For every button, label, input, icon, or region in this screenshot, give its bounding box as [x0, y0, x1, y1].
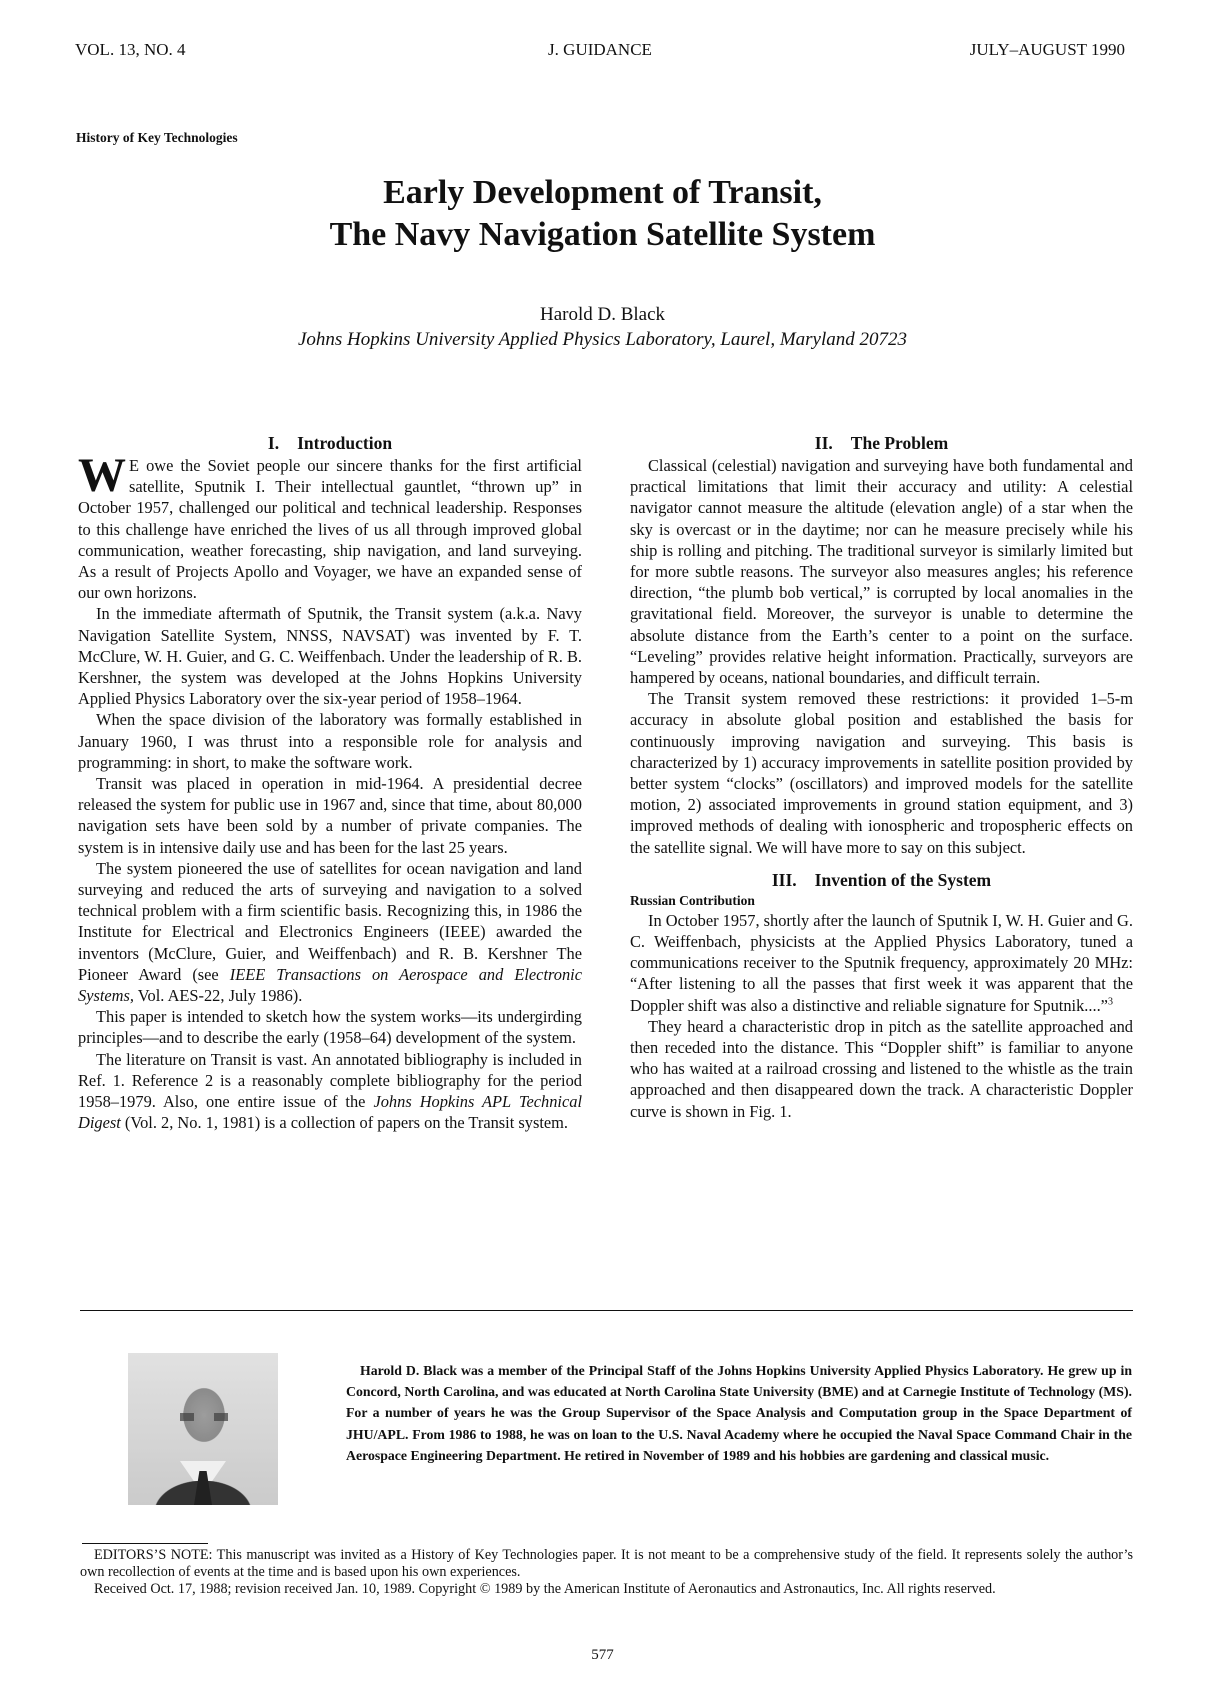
running-head: VOL. 13, NO. 4 J. GUIDANCE JULY–AUGUST 1… [75, 40, 1125, 64]
page-number: 577 [0, 1647, 1205, 1664]
section-tag: History of Key Technologies [76, 130, 238, 146]
footnote-rule [82, 1543, 208, 1544]
section-heading-introduction: I.Introduction [78, 432, 582, 454]
paragraph: The system pioneered the use of satellit… [78, 858, 582, 1006]
horizontal-rule [80, 1310, 1133, 1311]
section-title: The Problem [851, 433, 948, 453]
paragraph: WE owe the Soviet people our sincere tha… [78, 455, 582, 603]
left-column: I.Introduction WE owe the Soviet people … [78, 432, 582, 1134]
author-name: Harold D. Black [0, 304, 1205, 326]
issue-date: JULY–AUGUST 1990 [970, 40, 1125, 60]
subsection-heading: Russian Contribution [630, 892, 1133, 910]
section-number: III. [772, 870, 797, 890]
title-line-1: Early Development of Transit, [0, 172, 1205, 214]
author-affiliation: Johns Hopkins University Applied Physics… [0, 329, 1205, 351]
reference-marker: 3 [1108, 996, 1113, 1007]
footnotes: EDITORS’S NOTE: This manuscript was invi… [80, 1547, 1133, 1598]
section-number: I. [268, 433, 279, 453]
paragraph: Transit was placed in operation in mid-1… [78, 773, 582, 858]
journal-name: J. GUIDANCE [75, 40, 1125, 60]
drop-cap: W [78, 457, 126, 495]
editors-note: EDITORS’S NOTE: This manuscript was invi… [80, 1547, 1133, 1581]
paper-title: Early Development of Transit, The Navy N… [0, 172, 1205, 256]
right-column: II.The Problem Classical (celestial) nav… [630, 432, 1133, 1122]
title-line-2: The Navy Navigation Satellite System [0, 214, 1205, 256]
received-copyright: Received Oct. 17, 1988; revision receive… [80, 1581, 1133, 1598]
section-title: Invention of the System [815, 870, 991, 890]
author-biography: Harold D. Black was a member of the Prin… [346, 1360, 1132, 1466]
paragraph: In the immediate aftermath of Sputnik, t… [78, 603, 582, 709]
section-number: II. [815, 433, 833, 453]
section-heading-invention: III.Invention of the System [630, 869, 1133, 891]
author-photo [128, 1353, 278, 1505]
paragraph: When the space division of the laborator… [78, 709, 582, 773]
paragraph: This paper is intended to sketch how the… [78, 1006, 582, 1048]
paragraph: In October 1957, shortly after the launc… [630, 910, 1133, 1016]
section-title: Introduction [297, 433, 392, 453]
paragraph: The literature on Transit is vast. An an… [78, 1049, 582, 1134]
paragraph: They heard a characteristic drop in pitc… [630, 1016, 1133, 1122]
section-heading-problem: II.The Problem [630, 432, 1133, 454]
paragraph: Classical (celestial) navigation and sur… [630, 455, 1133, 688]
paragraph: The Transit system removed these restric… [630, 688, 1133, 858]
